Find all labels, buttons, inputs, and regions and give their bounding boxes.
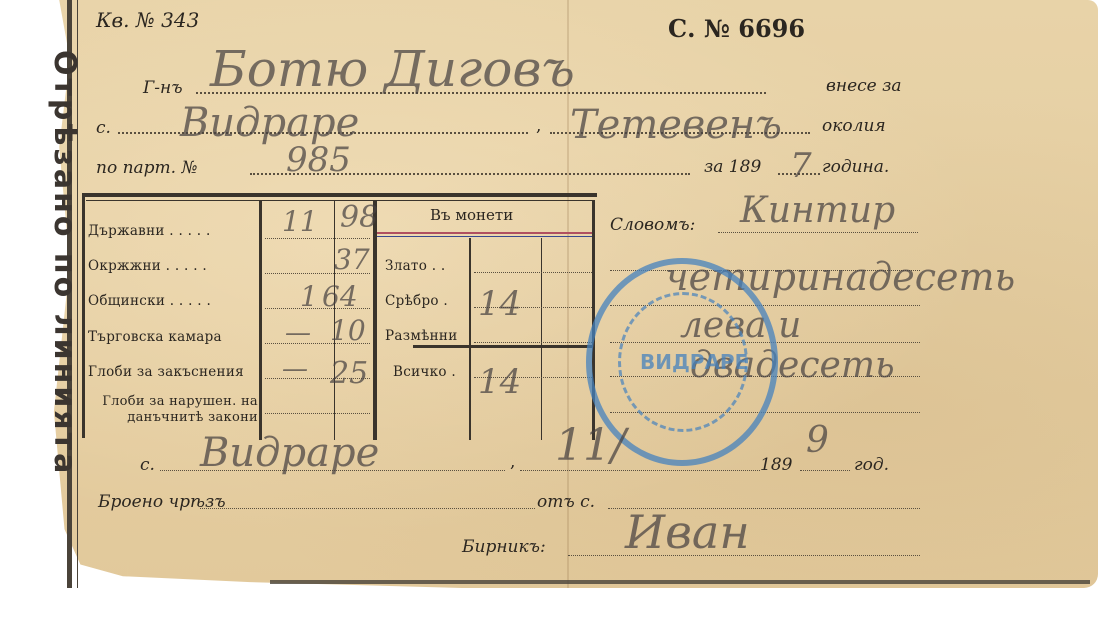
coin-line [474,272,592,273]
hw-collector-signature: Иван [625,505,750,559]
hw-words-1: Кинтир [740,190,895,231]
hw-late-lev: — [282,354,308,384]
hw-payer-name: Ботю Диговъ [210,40,575,98]
hw-footer-place: Видраре [200,430,379,476]
footer-place-label: с. [140,455,155,475]
row-label-late-fines: Глоби за закъснения [88,364,244,380]
hw-party-number: 985 [286,140,351,180]
hw-state-lev: 11 [282,205,318,238]
tbl-left-border [82,193,85,438]
hw-municipal-lev: 1 [300,280,318,313]
tbl-col-coin-st [541,238,542,440]
from-label: отъ с. [537,492,595,512]
hw-year-digit: 7 [790,146,812,186]
footer-year-suffix: год. [854,455,889,475]
bottom-torn-rule [270,580,1090,584]
hw-municipal-st: 64 [322,280,358,313]
payer-suffix: внесе за [826,76,902,96]
village-label: с. [96,118,111,138]
tbl-col-coin-value [469,238,471,440]
row-label-state: Държавни . . . . . [88,223,211,239]
coins-header-rule-blue [377,236,592,237]
coins-header: Въ монети [430,206,513,224]
hw-footer-year-digit: 9 [806,420,829,461]
comma: , [536,116,541,136]
stamp-text: ВИДРАРЕ [640,350,748,374]
row-label-tax-fines: Глоби за нарушен. на данъчнитѣ закони [88,394,258,426]
coin-label-exchange: Размѣнни [385,328,458,344]
row-label-municipal: Общински . . . . . [88,293,211,309]
words-label: Словомъ: [610,215,695,235]
hw-state-st: 98 [340,200,378,235]
coin-label-gold: Злато . . [385,258,446,274]
footer-year-line [800,470,850,471]
hw-district-st: 37 [334,243,370,276]
side-cut-text: Отрѣзано по линията [42,50,82,590]
receipt-number: Кв. № 343 [96,8,199,32]
district-suffix: околия [822,116,886,136]
tbl-col-lev [259,200,262,440]
hw-chamber-st: 10 [330,314,366,347]
coins-subtotal-rule [413,345,593,348]
collector-label: Бирникъ: [462,537,546,557]
coin-label-total: Всичко . [393,364,456,380]
year-prefix: за 189 [704,157,761,177]
hw-silver-value: 14 [478,284,521,324]
payer-label: Г-нъ [143,78,183,98]
coin-label-silver: Срѣбро . [385,293,448,309]
series-number: С. № 6696 [668,14,805,43]
hw-footer-date: 11/ [555,420,626,471]
coin-line [474,342,592,343]
row-line [265,238,370,239]
row-label-district: Окржжни . . . . . [88,258,207,274]
footer-year-prefix: 189 [760,455,792,475]
row-line [265,413,370,414]
hw-chamber-lev: — [285,318,311,348]
hw-district: Тетевенъ [570,102,782,148]
hw-late-st: 25 [330,356,368,391]
hw-total-value: 14 [478,362,521,402]
comma: , [510,452,515,472]
year-suffix: година. [822,157,889,177]
coins-header-rule-red [377,232,592,234]
counted-label: Броено чрѣзъ [98,492,226,512]
counted-line [200,508,535,509]
words-line [718,232,918,233]
row-label-chamber: Търговска камара [88,329,222,345]
party-label: по парт. № [96,158,198,178]
